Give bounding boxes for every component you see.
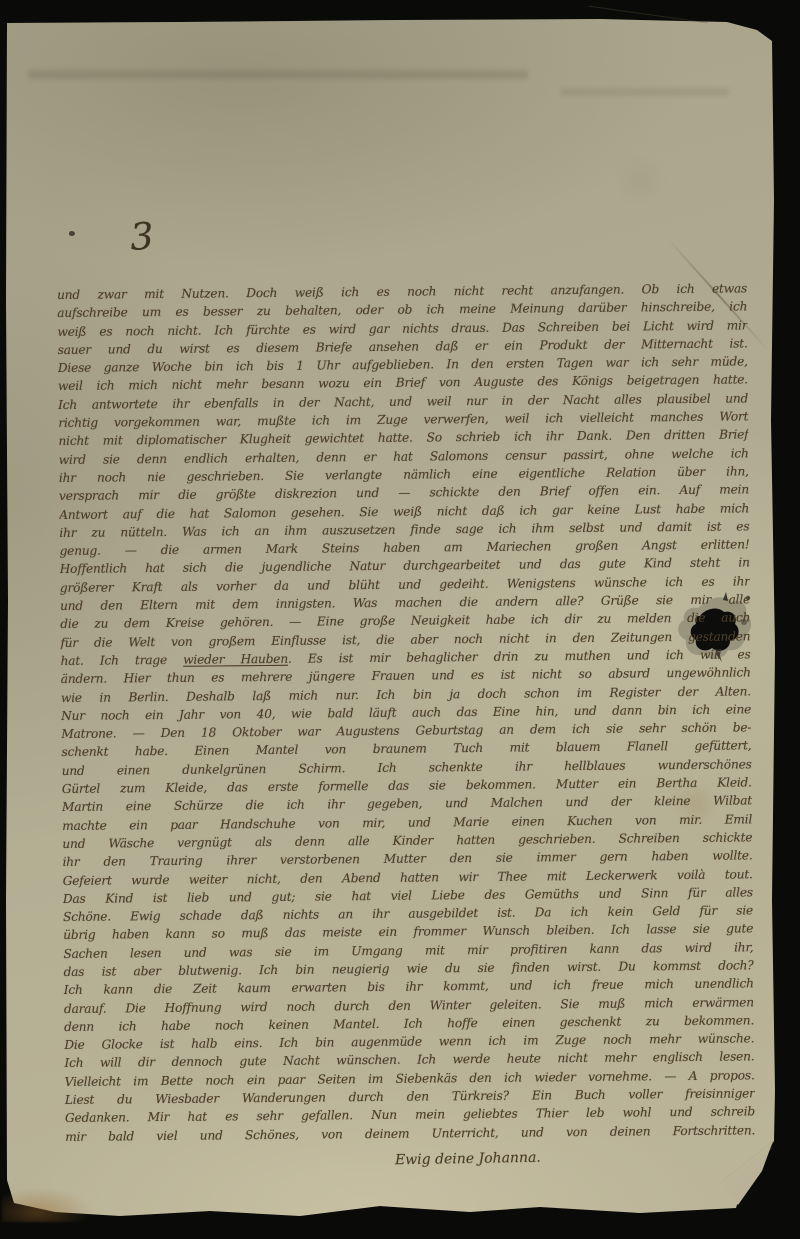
stain: [2, 1188, 92, 1222]
underlined-phrase: wieder Hauben: [183, 652, 288, 667]
ink-bleedthrough-smudge: [560, 88, 730, 96]
ink-bleedthrough-smudge: [28, 70, 528, 79]
letter-body: und zwar mit Nutzen. Doch weiß ich es no…: [57, 279, 755, 1146]
scan-background: 3 und zwar mit Nutzen. Doch weiß ich es …: [0, 0, 800, 1239]
ink-dot: [69, 231, 75, 236]
page-number: 3: [129, 212, 192, 259]
